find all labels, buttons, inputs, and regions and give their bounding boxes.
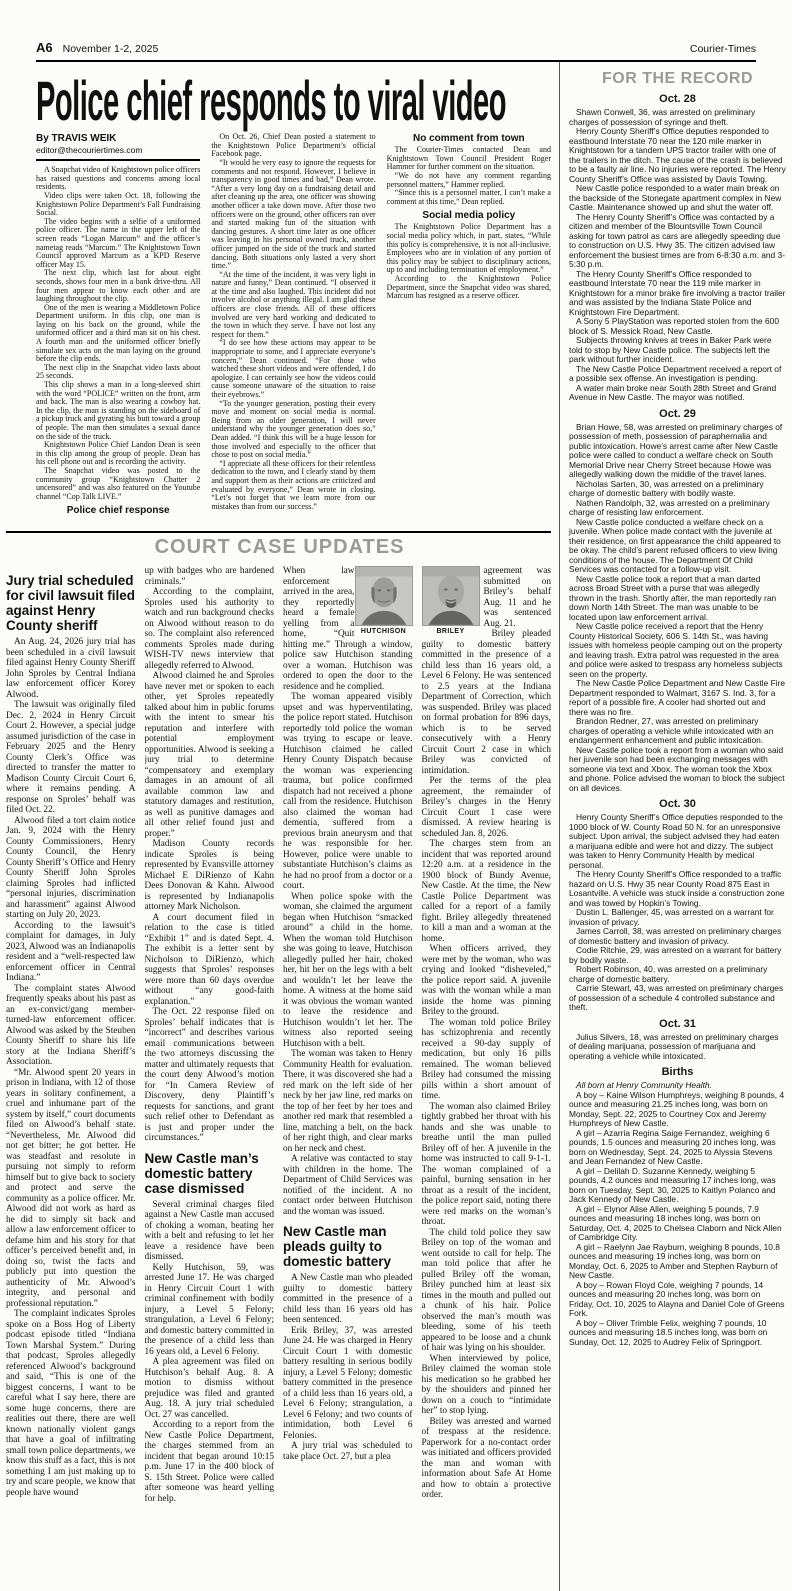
record-text-block: Dustin L. Ballenger, 45, was arrested on… <box>569 908 786 927</box>
court-text-block: The woman told police Briley has schizop… <box>422 1018 552 1102</box>
record-text-block: Nathen Randolph, 32, was arrested on a p… <box>569 499 786 518</box>
court-column-2: up with badges who are hardened criminal… <box>145 566 275 1568</box>
record-text-block: Carrie Stewart, 43, was arrested on prel… <box>569 984 786 1013</box>
record-text-block: A boy – Kaine Wilson Humphreys, weighing… <box>569 1091 786 1129</box>
court-text-block: The complaint indicates Sproles spoke on… <box>6 1309 136 1498</box>
article-text-block: “At the time of the incident, it was ver… <box>211 271 375 340</box>
court-text-block: Alwood filed a tort claim notice Jan. 9,… <box>6 816 136 921</box>
record-text-block: Henry County Sheriff’s Office deputies r… <box>569 127 786 184</box>
record-text-block: A boy – Oliver Trimble Felix, weighing 7… <box>569 1319 786 1348</box>
record-text-block: James Carroll, 38, was arrested on preli… <box>569 927 786 946</box>
article-text-block: The next clip, which last for about eigh… <box>36 269 200 303</box>
record-text-block: A girl – Elynor Alise Allen, weighing 5 … <box>569 1205 786 1243</box>
record-text-block: The Henry County Sheriff’s Office respon… <box>569 270 786 318</box>
mugshot-briley: BRILEY <box>422 566 480 638</box>
court-text-block: According to a report from the New Castl… <box>145 1420 275 1504</box>
mugshot-photo-icon <box>422 566 480 626</box>
record-text-block: Oct. 29 <box>569 408 786 421</box>
court-text-block: The woman appeared visibly upset and was… <box>283 692 413 892</box>
court-text-block: Briley pleaded guilty to domestic batter… <box>422 629 552 776</box>
record-text-block: A girl – Azarria Regina Saige Fernandez,… <box>569 1129 786 1167</box>
record-text-block: Robert Robinson, 40, was arrested on a p… <box>569 965 786 984</box>
court-text-block: Madison County records indicate Sproles … <box>145 839 275 913</box>
court-columns: Jury trial scheduled for civil lawsuit f… <box>6 566 551 1568</box>
article-text-block: “I appreciate all these officers for the… <box>211 460 375 512</box>
record-text-block: New Castle police took a report from a w… <box>569 746 786 794</box>
main-region: Police chief responds to viral video By … <box>0 62 559 1591</box>
record-text-block: New Castle police took a report that a m… <box>569 575 786 623</box>
court-text-block: The woman was taken to Henry Community H… <box>283 1049 413 1154</box>
byline-email: editor@thecouriertimes.com <box>36 145 200 155</box>
court-section-title: COURT CASE UPDATES <box>0 536 559 559</box>
record-text-block: New Castle police received a report that… <box>569 622 786 679</box>
record-text-block: Births <box>569 1066 786 1079</box>
court-section-rule <box>6 531 551 533</box>
mugshot-hutchison: HUTCHISON <box>355 566 413 638</box>
article-text-block: The video begins with a selfie of a unif… <box>36 218 200 270</box>
main-headline: Police chief responds to viral video <box>36 74 559 127</box>
record-text-block: Oct. 30 <box>569 798 786 811</box>
court-text-block: When officers arrived, they were met by … <box>422 944 552 1018</box>
court-text-block: Kelly Hutchison, 59, was arrested June 1… <box>145 1263 275 1358</box>
article-text-block: Social media policy <box>387 210 551 221</box>
record-text-block: The Henry County Sheriff’s Office respon… <box>569 870 786 908</box>
court-text-block: Alwood claimed he and Sproles have never… <box>145 671 275 839</box>
publication-name: Courier-Times <box>690 43 756 55</box>
record-text-block: A Sony 5 PlayStation was reported stolen… <box>569 317 786 336</box>
court-text-block: “Mr. Alwood spent 20 years in prison in … <box>6 1068 136 1310</box>
court-text-block: An Aug. 24, 2026 jury trial has been sch… <box>6 637 136 700</box>
court-text-block: The lawsuit was originally filed Dec. 2,… <box>6 700 136 816</box>
record-text-block: The New Castle Police Department receive… <box>569 365 786 384</box>
court-text-block: When interviewed by police, Briley claim… <box>422 1354 552 1417</box>
court-text-block: The child told police they saw Briley on… <box>422 1228 552 1354</box>
court-text-block: The complaint states Alwood frequently s… <box>6 984 136 1068</box>
article-text-block: One of the men is wearing a Middletown P… <box>36 304 200 364</box>
court-text-block: Per the terms of the plea agreement, the… <box>422 776 552 839</box>
record-text-block: Nicholas Sarten, 30, was arrested on a p… <box>569 480 786 499</box>
record-text-block: The Henry County Sheriff’s Office was co… <box>569 213 786 270</box>
record-text-block: Oct. 28 <box>569 93 786 106</box>
court-text-block: According to the lawsuit’s complaint for… <box>6 921 136 984</box>
record-text-block: Julius Silvers, 18, was arrested on prel… <box>569 1033 786 1062</box>
court-text-block: The Oct. 22 response filed on Sproles’ b… <box>145 1007 275 1144</box>
court-text-block: Briley was arrested and warned of trespa… <box>422 1417 552 1501</box>
article-text-block: The Knightstown Police Department has a … <box>387 223 551 275</box>
record-text-block: The New Castle Police Department and New… <box>569 679 786 717</box>
record-text-block: New Castle police responded to a water m… <box>569 184 786 213</box>
record-text-block: Brandon Redner, 27, was arrested on prel… <box>569 717 786 746</box>
for-the-record-column: FOR THE RECORD Oct. 28Shawn Conwell, 36,… <box>559 62 792 1591</box>
article-text-block: On Oct. 26, Chief Dean posted a statemen… <box>211 133 375 159</box>
article-text-block: “To the younger generation, posting thei… <box>211 400 375 460</box>
court-text-block: New Castle man pleads guilty to domestic… <box>283 1224 413 1269</box>
page-number: A6 <box>36 40 53 55</box>
record-text-block: New Castle police conducted a welfare ch… <box>569 518 786 575</box>
record-text-block: Codie Ritchie, 29, was arrested on a war… <box>569 946 786 965</box>
court-text-block: A court document filed in relation to th… <box>145 913 275 1008</box>
record-text-block: A boy – Rowan Floyd Cole, weighing 7 pou… <box>569 1281 786 1319</box>
record-text-block: Henry County Sheriff’s Office deputies r… <box>569 813 786 870</box>
record-text-block: Brian Howe, 58, was arrested on prelimin… <box>569 423 786 480</box>
record-text-block: A water main broke near South 28th Stree… <box>569 384 786 403</box>
article-text-block: The next clip in the Snapchat video last… <box>36 364 200 381</box>
article-text-block: No comment from town <box>387 133 551 144</box>
article-text-block: “We do not have any comment regarding pe… <box>387 172 551 189</box>
record-text-block: Subjects throwing knives at trees in Bak… <box>569 336 786 365</box>
court-column-1: Jury trial scheduled for civil lawsuit f… <box>6 566 136 1568</box>
record-text-block: A girl – Raelynn Jae Rayburn, weighing 8… <box>569 1243 786 1281</box>
record-text-block: A girl – Delilah D. Suzanne Kennedy, wei… <box>569 1167 786 1205</box>
mugshot-photo-icon <box>355 566 413 626</box>
masthead: A6 November 1-2, 2025 Courier-Times <box>0 0 792 60</box>
issue-date: November 1-2, 2025 <box>63 43 159 55</box>
court-text-block: The woman also claimed Briley tightly gr… <box>422 1102 552 1228</box>
newspaper-page: A6 November 1-2, 2025 Courier-Times Poli… <box>0 0 792 1591</box>
article-text-block: The Courier-Times contacted Dean and Kni… <box>387 146 551 172</box>
mugshot-caption-briley: BRILEY <box>422 626 480 638</box>
article-text-block: The Snapchat video was posted to the com… <box>36 467 200 501</box>
article-text-block: Police chief response <box>36 505 200 516</box>
court-text-block: Erik Briley, 37, was arrested June 24. H… <box>283 1326 413 1442</box>
article-text-block: A Snapchat video of Knightstown police o… <box>36 166 200 192</box>
court-text-block: up with badges who are hardened criminal… <box>145 566 275 587</box>
court-text-block: When police spoke with the woman, she cl… <box>283 892 413 1050</box>
record-text-block: Shawn Conwell, 36, was arrested on preli… <box>569 108 786 127</box>
court-text-block: A plea agreement was filed on Hutchison’… <box>145 1357 275 1420</box>
record-section-title: FOR THE RECORD <box>569 70 786 88</box>
article-text-block: Knightstown Police Chief Landon Dean is … <box>36 441 200 467</box>
article-text-block: Video clips were taken Oct. 18, followin… <box>36 192 200 218</box>
court-text-block: Several criminal charges filed against a… <box>145 1200 275 1263</box>
mugshot-caption-hutchison: HUTCHISON <box>355 626 413 638</box>
article-text-block: This clip shows a man in a long-sleeved … <box>36 381 200 441</box>
article-text-block: “I do see how these actions may appear t… <box>211 339 375 399</box>
byline: By TRAVIS WEIK editor@thecouriertimes.co… <box>36 133 200 161</box>
article-text-block: “Since this is a personnel matter, I can… <box>387 189 551 206</box>
court-column-3: HUTCHISON When law enforcement arrived i… <box>283 566 413 1568</box>
court-text-block: According to the complaint, Sproles used… <box>145 587 275 671</box>
court-text-block: A New Castle man who pleaded guilty to d… <box>283 1273 413 1326</box>
article-text-block: “It would be very easy to ignore the req… <box>211 159 375 271</box>
court-column-4: BRILEY agreement was submitted on Briley… <box>422 566 552 1568</box>
page-content: Police chief responds to viral video By … <box>0 62 792 1591</box>
record-text-block: Oct. 31 <box>569 1018 786 1031</box>
court-text-block: Jury trial scheduled for civil lawsuit f… <box>6 573 136 633</box>
byline-author: By TRAVIS WEIK <box>36 133 200 145</box>
record-entries: Oct. 28Shawn Conwell, 36, was arrested o… <box>569 93 786 1347</box>
court-text-block: A jury trial was scheduled to take place… <box>283 1441 413 1462</box>
main-article-body: By TRAVIS WEIK editor@thecouriertimes.co… <box>36 133 551 525</box>
court-text-block: The charges stem from an incident that w… <box>422 839 552 944</box>
court-text-block: New Castle man’s domestic battery case d… <box>145 1151 275 1196</box>
article-text-block: According to the Knightstown Police Depa… <box>387 275 551 301</box>
court-text-block: A relative was contacted to stay with ch… <box>283 1154 413 1217</box>
